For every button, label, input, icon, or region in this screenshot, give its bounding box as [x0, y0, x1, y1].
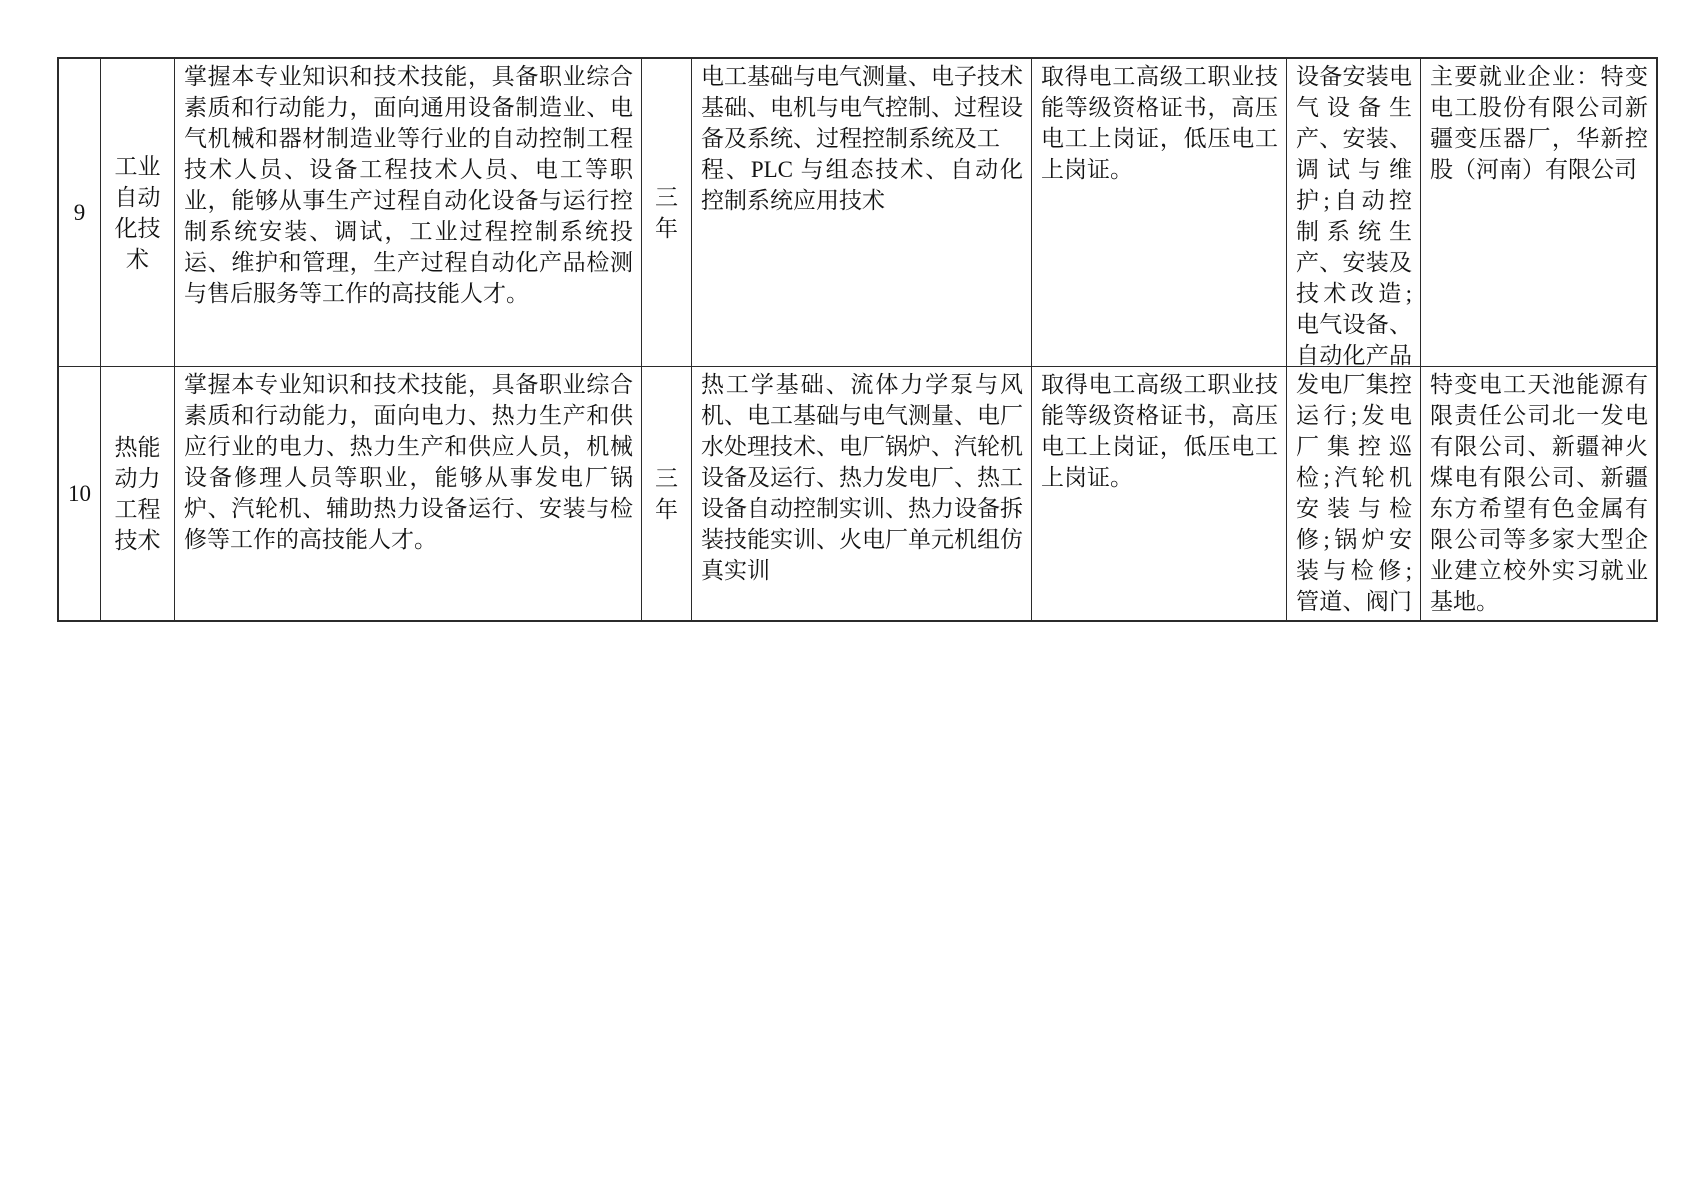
majors-table: 9 工业自动化技术 掌握本专业知识和技术技能，具备职业综合素质和行动能力，面向通… — [57, 57, 1658, 622]
row10-job-positions-cell: 发电厂集控运行;发电厂集控巡检;汽轮机安装与检修;锅炉安装与检修;管道、阀门安装… — [1287, 367, 1421, 620]
study-duration: 三年 — [655, 463, 678, 525]
row9-duration-cell: 三年 — [642, 59, 692, 367]
row10-number-cell: 10 — [59, 367, 101, 620]
row-number: 9 — [74, 197, 86, 228]
row10-certificates-cell: 取得电工高级工职业技能等级资格证书，高压电工上岗证，低压电工上岗证。 — [1032, 367, 1287, 620]
row10-employers-cell: 特变电工天池能源有限责任公司北一发电有限公司、新疆神火煤电有限公司、新疆东方希望… — [1421, 367, 1656, 620]
row9-job-positions-cell: 设备安装电气设备生产、安装、调试与维护;自动控制系统生产、安装及技术改造;电气设… — [1287, 59, 1421, 367]
major-name: 热能动力工程技术 — [113, 432, 162, 556]
row10-major-name-cell: 热能动力工程技术 — [101, 367, 175, 620]
row9-major-name-cell: 工业自动化技术 — [101, 59, 175, 367]
row9-training-objective-cell: 掌握本专业知识和技术技能，具备职业综合素质和行动能力，面向通用设备制造业、电气机… — [175, 59, 642, 367]
study-duration: 三年 — [655, 182, 678, 244]
row9-employers-cell: 主要就业企业：特变电工股份有限公司新疆变压器厂，华新控股（河南）有限公司 — [1421, 59, 1656, 367]
major-name: 工业自动化技术 — [113, 151, 162, 275]
row9-main-courses-cell: 电工基础与电气测量、电子技术基础、电机与电气控制、过程设备及系统、过程控制系统及… — [692, 59, 1032, 367]
row9-number-cell: 9 — [59, 59, 101, 367]
row10-training-objective-cell: 掌握本专业知识和技术技能，具备职业综合素质和行动能力，面向电力、热力生产和供应行… — [175, 367, 642, 620]
document-page: 9 工业自动化技术 掌握本专业知识和技术技能，具备职业综合素质和行动能力，面向通… — [0, 0, 1684, 1191]
row10-duration-cell: 三年 — [642, 367, 692, 620]
row9-certificates-cell: 取得电工高级工职业技能等级资格证书，高压电工上岗证，低压电工上岗证。 — [1032, 59, 1287, 367]
row-number: 10 — [68, 478, 91, 509]
row10-main-courses-cell: 热工学基础、流体力学泵与风机、电工基础与电气测量、电厂水处理技术、电厂锅炉、汽轮… — [692, 367, 1032, 620]
